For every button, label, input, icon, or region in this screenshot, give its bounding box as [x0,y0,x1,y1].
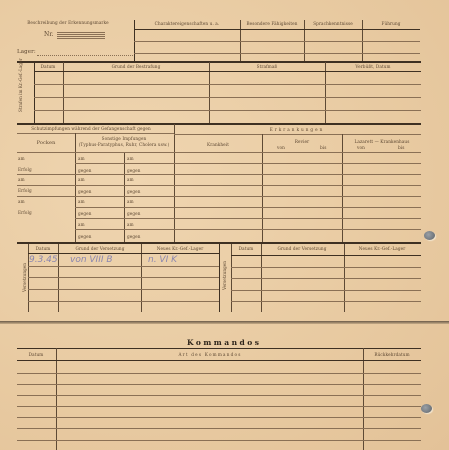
kom-col-art: Art des Kommandos [178,352,241,357]
kom-row[interactable] [17,406,421,407]
pocken-erfolg-2[interactable]: Erfolg [18,188,32,193]
sonstige-label: Sonstige Impfungen [102,136,147,141]
lazarett-von: von [357,145,365,150]
strafen-row[interactable] [34,97,421,98]
punch-hole-top [424,231,435,240]
strafen-col-datum: Datum [41,64,56,69]
sonstige-gegen-2b[interactable]: gegen [127,189,141,194]
kom-row[interactable] [17,384,421,385]
impfungen-title: Schutzimpfungen während der Gefangenscha… [31,126,151,131]
col-faehigkeiten: Besondere Fähigkeiten [246,21,297,26]
sonstige-am-3b[interactable]: am [127,199,134,204]
vers-row[interactable] [231,267,421,268]
vers-row[interactable] [231,278,421,279]
revier-von: von [277,145,285,150]
erk-row[interactable] [174,207,421,208]
kom-row[interactable] [17,395,421,396]
sonstige-am-4a[interactable]: am [78,222,85,227]
lazarett-bis: bis [398,145,404,150]
kom-row[interactable] [17,373,421,374]
versetzungen-side-label-left: Versetzungen [22,263,27,292]
strafen-row[interactable] [34,84,421,85]
vers-col-datum-right: Datum [239,246,254,251]
pocken-erfolg-3[interactable]: Erfolg [18,210,32,215]
vers-entry-datum[interactable]: 9.3.45 [29,255,58,265]
erk-row[interactable] [174,185,421,186]
pocken-label: Pocken [37,140,56,146]
erk-col-krankheit: Krankheit [207,142,229,147]
sonstige-sub: (Typhus-Paratyphus, Ruhr, Cholera usw.) [79,142,170,147]
pocken-erfolg-1[interactable]: Erfolg [18,167,32,172]
sonstige-am-1a[interactable]: am [78,156,85,161]
sonstige-gegen-2a[interactable]: gegen [78,189,92,194]
sonstige-gegen-1b[interactable]: gegen [127,168,141,173]
strafen-row[interactable] [34,110,421,111]
sonstige-am-4b[interactable]: am [127,222,134,227]
sonstige-gegen-4b[interactable]: gegen [127,234,141,239]
vers-row[interactable] [28,301,219,302]
vers-row[interactable] [28,277,219,278]
punch-hole-bottom [421,404,432,413]
strafen-col-verbuesst: Verbüßt, Datum [355,64,390,69]
erk-row[interactable] [174,163,421,164]
nr-label: Nr. [44,31,54,38]
pocken-am-1[interactable]: am [18,156,25,161]
vers-row[interactable] [231,290,421,291]
erk-col-lazarett: Lazarett — Krankenhaus [355,139,410,144]
sonstige-gegen-4a[interactable]: gegen [78,234,92,239]
erk-row[interactable] [174,229,421,230]
erk-row[interactable] [174,218,421,219]
versetzungen-side-label-right: Versetzungen [222,261,227,290]
kom-col-datum: Datum [29,352,44,357]
erk-row[interactable] [174,174,421,175]
kom-row[interactable] [17,417,421,418]
sonstige-gegen-1a[interactable]: gegen [78,168,92,173]
nr-field[interactable] [57,32,105,33]
kom-col-rueckkehr: Rückkehrdatum [374,352,409,357]
strafen-side-label: Strafen im Kr.-Gef.-Lager [18,58,23,112]
vers-col-grund-left: Grund der Versetzung [76,246,125,251]
kom-row[interactable] [17,440,421,441]
pocken-am-2[interactable]: am [18,177,25,182]
col-sprachen: Sprachkenntnisse [313,21,353,26]
vers-row[interactable] [28,289,219,290]
kommandos-title: Kommandos [187,338,262,347]
strafen-col-grund: Grund der Bestrafung [112,64,161,69]
pocken-am-3[interactable]: am [18,199,25,204]
sonstige-gegen-3a[interactable]: gegen [78,211,92,216]
vers-col-lager-right: Neues Kr.-Gef.-Lager [359,246,406,251]
vers-col-lager-left: Neues Kr.-Gef.-Lager [157,246,204,251]
fold-edge [0,321,449,324]
sonstige-am-2a[interactable]: am [78,177,85,182]
col-fuehrung: Führung [381,21,400,26]
sonstige-am-3a[interactable]: am [78,199,85,204]
erk-col-revier: Revier [295,139,309,144]
erk-row[interactable] [174,196,421,197]
vers-entry-lager[interactable]: n. VI K [148,255,177,265]
sonstige-am-2b[interactable]: am [127,177,134,182]
vers-entry-grund[interactable]: von VIII B [70,255,113,265]
strafen-col-strafmass: Strafmaß [257,64,278,69]
description-label: Beschreibung der Erkennungsmarke [27,20,109,25]
vers-col-datum-left: Datum [36,246,51,251]
sonstige-gegen-3b[interactable]: gegen [127,211,141,216]
vers-col-grund-right: Grund der Versetzung [278,246,327,251]
col-charakter: Charaktereigenschaften u. a. [155,21,220,26]
vers-row[interactable] [231,301,421,302]
lager-field[interactable] [37,55,133,56]
kom-row[interactable] [17,428,421,429]
erkrankungen-title: Erkrankungen [270,127,325,132]
revier-bis: bis [320,145,326,150]
lager-label: Lager: [17,49,36,55]
sonstige-am-1b[interactable]: am [127,156,134,161]
